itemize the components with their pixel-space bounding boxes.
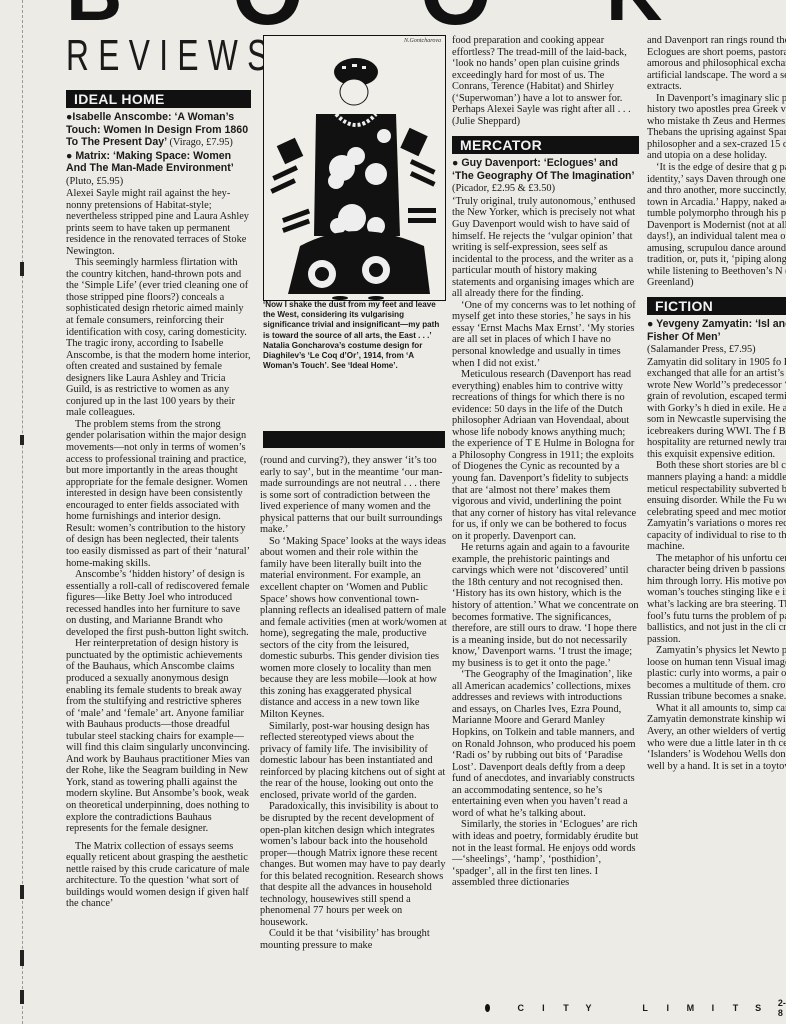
section-header-ideal-home: IDEAL HOME — [66, 90, 251, 108]
article-paragraph: Similarly, post-war housing design has r… — [260, 721, 447, 802]
article-paragraph: Paradoxically, this invisibility is abou… — [260, 801, 447, 928]
binding-mark — [20, 435, 24, 445]
article-paragraph: Her reinterpretation of design history i… — [66, 638, 251, 834]
bullet-icon: ● — [66, 150, 72, 162]
article-paragraph: The Matrix collection of essays seems eq… — [66, 841, 251, 910]
artist-signature: N.Gontcharova — [404, 38, 441, 44]
footer-letter: I — [661, 1003, 675, 1013]
binding-mark — [20, 950, 24, 966]
section-title: REVIEWS — [66, 34, 199, 78]
article-paragraph: ‘The Geography of the Imagination’, like… — [452, 669, 639, 819]
article-paragraph: and Davenport ran rings round them. Eclo… — [647, 35, 786, 93]
footer-letter: T — [559, 1003, 573, 1013]
book-entry: ●Isabelle Anscombe: ‘A Woman’s Touch: Wo… — [66, 111, 251, 150]
bullet-dot-icon — [485, 1004, 490, 1012]
article-paragraph: Both these short stories are bl comedies… — [647, 460, 786, 552]
column-3: food preparation and cooking appear effo… — [452, 35, 639, 889]
column-1: REVIEWS IDEAL HOME ●Isabelle Anscombe: ‘… — [66, 34, 251, 910]
page-number: 2-8 — [778, 998, 786, 1018]
costume-figure-icon — [264, 36, 445, 300]
section-header-fiction: FICTION — [647, 297, 786, 315]
article-paragraph: The metaphor of his unfortu central char… — [647, 553, 786, 645]
footer-letter: M — [684, 1003, 698, 1013]
article-paragraph: (round and curving?), they answer ‘it’s … — [260, 455, 447, 536]
divider-bar — [263, 431, 445, 448]
footer-letter: C — [514, 1003, 528, 1013]
article-paragraph: So ‘Making Space’ looks at the ways idea… — [260, 536, 447, 721]
footer-letter: I — [706, 1003, 720, 1013]
book-title: Matrix: ‘Making Space: Women And The Man… — [66, 150, 233, 175]
bullet-icon: ● — [647, 318, 653, 330]
binding-mark — [20, 990, 24, 1004]
banner-letter: B — [66, 0, 122, 32]
banner-letter: O — [232, 0, 304, 32]
article-paragraph: food preparation and cooking appear effo… — [452, 35, 639, 127]
banner-letter: O — [420, 0, 492, 32]
footer-letter: S — [751, 1003, 765, 1013]
book-entry: ● Guy Davenport: ‘Eclogues’ and ‘The Geo… — [452, 157, 639, 196]
illustration-caption: ‘Now I shake the dust from my feet and l… — [263, 300, 445, 371]
article-paragraph: Similarly, the stories in ‘Eclogues’ are… — [452, 819, 639, 888]
article-paragraph: ‘It is the edge of desire that g pastora… — [647, 162, 786, 289]
section-header-mercator: MERCATOR — [452, 136, 639, 154]
book-entry: ● Matrix: ‘Making Space: Women And The M… — [66, 150, 251, 189]
article-paragraph: Zamyatin did solitary in 1905 fo Bolshev… — [647, 357, 786, 461]
footer-letter: Y — [582, 1003, 596, 1013]
footer-letter: I — [537, 1003, 551, 1013]
book-publisher: (Virago, £7.95) — [169, 137, 232, 148]
book-title: Guy Davenport: ‘Eclogues’ and ‘The Geogr… — [452, 157, 634, 182]
book-publisher: (Salamander Press, £7.95) — [647, 344, 756, 355]
footer-letter: L — [638, 1003, 652, 1013]
page-footer: C I T Y L I M I T S 2-8 — [485, 1000, 786, 1016]
column-4: and Davenport ran rings round them. Eclo… — [647, 35, 786, 772]
article-paragraph: He returns again and again to a favourit… — [452, 542, 639, 669]
article-paragraph: ‘Truly original, truly autonomous,’ enth… — [452, 196, 639, 300]
article-paragraph: Alexei Sayle might rail against the hey-… — [66, 188, 251, 257]
illustration-costume-design: N.Gontcharova — [263, 35, 446, 301]
article-paragraph: This seemingly harmless flirtation with … — [66, 257, 251, 419]
book-publisher: (Picador, £2.95 & £3.50) — [452, 183, 555, 194]
article-paragraph: What it all amounts to, simp cartoon. Za… — [647, 703, 786, 772]
article-paragraph: Meticulous research (Davenport has read … — [452, 369, 639, 542]
book-publisher: (Pluto, £5.95) — [66, 176, 123, 187]
column-2: (round and curving?), they answer ‘it’s … — [260, 455, 447, 952]
book-entry: ● Yevgeny Zamyatin: ‘Isl and ‘The Fisher… — [647, 318, 786, 357]
column-4-clip: and Davenport ran rings round them. Eclo… — [645, 0, 786, 1000]
binding-mark — [20, 885, 24, 899]
article-paragraph: The problem stems from the strong gender… — [66, 419, 251, 569]
article-paragraph: Anscombe’s ‘hidden history’ of design is… — [66, 569, 251, 638]
article-paragraph: ‘One of my concerns was to let nothing o… — [452, 300, 639, 369]
book-title: Yevgeny Zamyatin: ‘Isl and ‘The Fisher O… — [647, 318, 786, 343]
article-paragraph: In Davenport’s imaginary slic parent his… — [647, 93, 786, 162]
footer-letter: T — [729, 1003, 743, 1013]
bullet-icon: ● — [452, 157, 458, 169]
article-paragraph: Could it be that ‘visibility’ has brough… — [260, 928, 447, 951]
page-fold-edge — [22, 0, 25, 1024]
article-paragraph: Zamyatin’s physics let Newto principles … — [647, 645, 786, 703]
binding-mark — [20, 262, 24, 276]
